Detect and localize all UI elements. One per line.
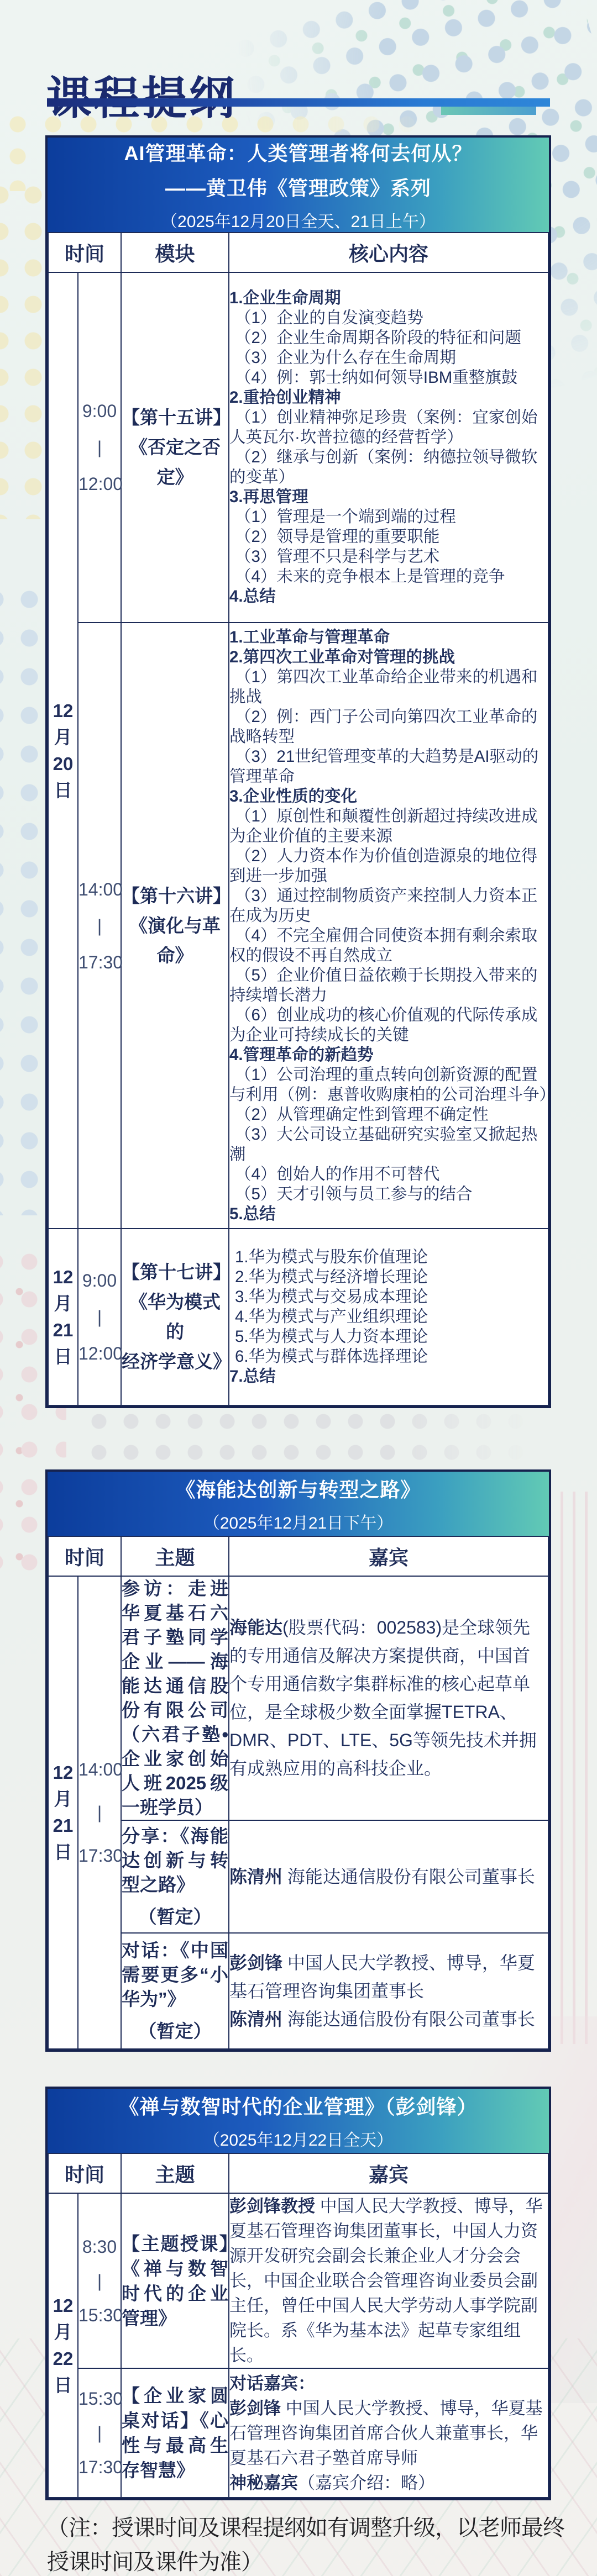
guest-cell: 陈清州 海能达通信股份有限公司董事长 (229, 1820, 548, 1933)
table1-grid-container: 时间模块核心内容12月20日9:00|12:00【第十五讲】《否定之否定》1.企… (48, 232, 549, 1406)
guest-role: 海能达通信股份有限公司董事长 (282, 1867, 535, 1887)
table-row: 12月22日8:30|15:30【主题授课】《禅与数智时代的企业管理》彭剑锋教授… (48, 2193, 548, 2368)
content-item: （4）例：郭士纳如何领导IBM重整旗鼓 (229, 368, 548, 388)
content-item: 3.企业性质的变化 (229, 787, 548, 807)
module-cell: 【第十五讲】《否定之否定》 (121, 272, 229, 623)
content-item: 7.总结 (229, 1367, 548, 1387)
schedule-table: 时间主题嘉宾12月21日14:00|17:30参访：走进华夏基石六君子塾同学企业… (48, 1536, 549, 2050)
content-item: （6）创业成功的核心价值观的代际传承成为企业可持续成长的关键 (229, 1005, 548, 1045)
header-label: 嘉宾 (229, 2159, 548, 2188)
content-item: 1.企业生命周期 (229, 288, 548, 308)
content-item: （4）不完全雇佣合同使资本拥有剩余索取权的假设不再自然成立 (229, 926, 548, 966)
guest-name: 陈清州 (229, 2009, 282, 2029)
guest-line: 彭剑锋 中国人民大学教授、博导，华夏基石管理咨询集团首席合伙人兼董事长，华夏基石… (229, 2396, 548, 2470)
content-item: （4）创始人的作用不可替代 (229, 1165, 548, 1184)
guest-line: 彭剑锋 中国人民大学教授、博导，华夏基石管理咨询集团董事长 (229, 1949, 548, 2005)
header-label: 嘉宾 (229, 1542, 548, 1571)
guest-name: 对话嘉宾： (229, 2374, 315, 2393)
guest-line: 彭剑锋教授 中国人民大学教授、博导，华夏基石管理咨询集团董事长，中国人力资源开发… (229, 2194, 548, 2368)
content-item: （1）企业的自发演变趋势 (229, 308, 548, 328)
content-item: 2.重拾创业精神 (229, 388, 548, 408)
time-cell: 14:00|17:30 (78, 1576, 121, 2049)
content-item: （2）继承与创新（案例：纳德拉领导微软的变革） (229, 447, 548, 487)
content-item: 5.总结 (229, 1204, 548, 1224)
table1-title-band: AI管理革命：人类管理者将何去何从？ ——黄卫伟《管理政策》系列 （2025年1… (48, 138, 549, 232)
topic-cell: 【企业家圆桌对话】《心性与最高生存智慧》 (121, 2368, 229, 2498)
column-header-topic: 主题 (121, 1536, 229, 1576)
content-item: （1）管理是一个端到端的过程 (229, 507, 548, 527)
header-label: 时间 (49, 2159, 121, 2188)
table-row: 12月21日9:00|12:00【第十七讲】《华为模式的经济学意义》1.华为模式… (48, 1229, 548, 1405)
table3-grid-container: 时间主题嘉宾12月22日8:30|15:30【主题授课】《禅与数智时代的企业管理… (48, 2153, 549, 2498)
content-item: （2）企业生命周期各阶段的特征和问题 (229, 328, 548, 348)
table-row: 分享：《海能达创新与转型之路》（暂定）陈清州 海能达通信股份有限公司董事长 (48, 1820, 548, 1933)
table-header-row: 时间模块核心内容 (48, 233, 548, 272)
guest-name: 海能达 (229, 1618, 282, 1637)
guest-cell: 对话嘉宾：彭剑锋 中国人民大学教授、博导，华夏基石管理咨询集团首席合伙人兼董事长… (229, 2368, 548, 2498)
time-cell: 15:30|17:30 (78, 2368, 121, 2498)
guest-cell-text: 陈清州 海能达通信股份有限公司董事长 (229, 1863, 548, 1891)
content-item: （2）例：西门子公司向第四次工业革命的战略转型 (229, 707, 548, 747)
topic-cell: 分享：《海能达创新与转型之路》（暂定） (121, 1820, 229, 1933)
column-header-time: 时间 (48, 233, 121, 272)
table1-title-line1: AI管理革命：人类管理者将何去何从？ (124, 138, 472, 166)
content-item: 2.第四次工业革命对管理的挑战 (229, 647, 548, 667)
content-cell-text: 1.工业革命与管理革命2.第四次工业革命对管理的挑战（1）第四次工业革命给企业带… (229, 628, 548, 1224)
table3-subtitle: （2025年12月22日全天） (203, 2126, 393, 2151)
guest-name: 彭剑锋 (229, 2399, 281, 2418)
content-item: （5）企业价值日益依赖于长期投入带来的持续增长潜力 (229, 966, 548, 1005)
schedule-card-zen-management: 《禅与数智时代的企业管理》（彭剑锋） （2025年12月22日全天） 时间主题嘉… (45, 2087, 551, 2500)
table2-subtitle: （2025年12月21日下午） (203, 1509, 393, 1534)
content-cell: 1.工业革命与管理革命2.第四次工业革命对管理的挑战（1）第四次工业革命给企业带… (229, 623, 548, 1229)
content-item: （1）公司治理的重点转向创新资源的配置与利用（例：惠普收购康柏的公司治理斗争） (229, 1065, 548, 1105)
content-item: （1）第四次工业革命给企业带来的机遇和挑战 (229, 667, 548, 707)
table3-title-band: 《禅与数智时代的企业管理》（彭剑锋） （2025年12月22日全天） (48, 2089, 549, 2153)
time-cell: 8:30|15:30 (78, 2193, 121, 2368)
content-item: （3）企业为什么存在生命周期 (229, 348, 548, 368)
column-header-time: 时间 (48, 1536, 121, 1576)
content-item: （2）从管理确定性到管理不确定性 (229, 1105, 548, 1125)
table-row: 12月21日14:00|17:30参访：走进华夏基石六君子塾同学企业——海能达通… (48, 1576, 548, 1820)
guest-role: (股票代码：002583)是全球领先的专用通信及解决方案提供商，中国首个专用通信… (229, 1618, 537, 1778)
date-cell: 12月20日 (48, 272, 78, 1229)
guest-line: 对话嘉宾： (229, 2371, 548, 2396)
topic-cell-text: 对话：《中国需要更多“小华为”》（暂定） (122, 1938, 228, 2043)
footer-note: （注：授课时间及课程提纲如有调整升级，以老师最终授课时间及课件为准） (47, 2511, 567, 2576)
topic-main: 参访：走进华夏基石六君子塾同学企业——海能达通信股份有限公司（六君子塾•企业家创… (122, 1577, 228, 1820)
table-row: 对话：《中国需要更多“小华为”》（暂定）彭剑锋 中国人民大学教授、博导，华夏基石… (48, 1933, 548, 2049)
column-header-module: 模块 (121, 233, 229, 272)
guest-cell-text: 对话嘉宾：彭剑锋 中国人民大学教授、博导，华夏基石管理咨询集团首席合伙人兼董事长… (229, 2371, 548, 2495)
table3-title-line1: 《禅与数智时代的企业管理》（彭剑锋） (119, 2092, 477, 2120)
guest-line: 神秘嘉宾（嘉宾介绍：略） (229, 2470, 548, 2495)
table2-title-band: 《海能达创新与转型之路》 （2025年12月21日下午） (48, 1472, 549, 1536)
topic-main: 【主题授课】《禅与数智时代的企业管理》 (122, 2231, 228, 2331)
time-cell: 9:00|12:00 (78, 1229, 121, 1405)
content-item: 3.再思管理 (229, 487, 548, 507)
halftone-dots-middle (83, 1406, 536, 1467)
guest-cell-text: 彭剑锋教授 中国人民大学教授、博导，华夏基石管理咨询集团董事长，中国人力资源开发… (229, 2194, 548, 2368)
title-underline-accent-bar (441, 107, 536, 115)
content-item: 1.工业革命与管理革命 (229, 628, 548, 647)
guest-role: 中国人民大学教授、博导，华夏基石管理咨询集团董事长，中国人力资源开发研究会副会长… (229, 2196, 543, 2365)
content-item: （4）未来的竞争根本上是管理的竞争 (229, 567, 548, 587)
course-outline-page: 课程提纲 AI管理革命：人类管理者将何去何从？ ——黄卫伟《管理政策》系列 （2… (0, 0, 597, 2576)
schedule-card-hytera: 《海能达创新与转型之路》 （2025年12月21日下午） 时间主题嘉宾12月21… (45, 1469, 551, 2052)
content-item: （1）创业精神弥足珍贵（案例：宜家创始人英瓦尔·坎普拉德的经营哲学） (229, 408, 548, 447)
schedule-table: 时间模块核心内容12月20日9:00|12:00【第十五讲】《否定之否定》1.企… (48, 232, 549, 1406)
table1-subtitle: （2025年12月20日全天、21日上午） (161, 208, 436, 232)
content-item: （1）原创性和颠覆性创新超过持续改进成为企业价值的主要来源 (229, 807, 548, 846)
time-cell: 14:00|17:30 (78, 623, 121, 1229)
header-label: 主题 (122, 2159, 228, 2188)
topic-main: 对话：《中国需要更多“小华为”》 (122, 1938, 228, 2011)
table2-grid-container: 时间主题嘉宾12月21日14:00|17:30参访：走进华夏基石六君子塾同学企业… (48, 1536, 549, 2050)
content-item: （2）领导是管理的重要职能 (229, 527, 548, 547)
topic-cell: 参访：走进华夏基石六君子塾同学企业——海能达通信股份有限公司（六君子塾•企业家创… (121, 1576, 229, 1820)
content-item: （2）人力资本作为价值创造源泉的地位得到进一步加强 (229, 846, 548, 886)
topic-main: 分享：《海能达创新与转型之路》 (122, 1824, 228, 1897)
guest-name: 神秘嘉宾 (229, 2473, 298, 2493)
table-row: 15:30|17:30【企业家圆桌对话】《心性与最高生存智慧》对话嘉宾：彭剑锋 … (48, 2368, 548, 2498)
content-item: 4.总结 (229, 587, 548, 607)
guest-cell-text: 海能达(股票代码：002583)是全球领先的专用通信及解决方案提供商，中国首个专… (229, 1614, 548, 1783)
schedule-table: 时间主题嘉宾12月22日8:30|15:30【主题授课】《禅与数智时代的企业管理… (48, 2153, 549, 2498)
table-header-row: 时间主题嘉宾 (48, 2153, 548, 2193)
guest-cell: 彭剑锋教授 中国人民大学教授、博导，华夏基石管理咨询集团董事长，中国人力资源开发… (229, 2193, 548, 2368)
guest-line: 陈清州 海能达通信股份有限公司董事长 (229, 2005, 548, 2034)
content-cell: 1.企业生命周期（1）企业的自发演变趋势（2）企业生命周期各阶段的特征和问题（3… (229, 272, 548, 623)
content-item: （3）大公司设立基础研究实验室又掀起热潮 (229, 1125, 548, 1165)
content-item: （5）天才引领与员工参与的结合 (229, 1184, 548, 1204)
guest-name: 陈清州 (229, 1867, 282, 1887)
topic-cell-text: 分享：《海能达创新与转型之路》（暂定） (122, 1824, 228, 1929)
content-item: 2.华为模式与经济增长理论 (229, 1267, 548, 1287)
table-header-row: 时间主题嘉宾 (48, 1536, 548, 1576)
column-header-content: 核心内容 (229, 233, 548, 272)
topic-note: （暂定） (122, 1905, 228, 1929)
topic-cell-text: 【主题授课】《禅与数智时代的企业管理》 (122, 2231, 228, 2331)
date-cell: 12月22日 (48, 2193, 78, 2498)
guest-line: 陈清州 海能达通信股份有限公司董事长 (229, 1863, 548, 1891)
topic-cell: 对话：《中国需要更多“小华为”》（暂定） (121, 1933, 229, 2049)
header-label: 时间 (49, 1542, 121, 1571)
column-header-topic: 主题 (121, 2153, 229, 2193)
column-header-time: 时间 (48, 2153, 121, 2193)
content-item: 4.管理革命的新趋势 (229, 1045, 548, 1065)
guest-cell: 彭剑锋 中国人民大学教授、博导，华夏基石管理咨询集团董事长陈清州 海能达通信股份… (229, 1933, 548, 2049)
column-header-guest: 嘉宾 (229, 1536, 548, 1576)
header-label: 主题 (122, 1542, 228, 1571)
content-item: （3）管理不只是科学与艺术 (229, 547, 548, 567)
topic-note: （暂定） (122, 2019, 228, 2043)
content-cell-text: 1.企业生命周期（1）企业的自发演变趋势（2）企业生命周期各阶段的特征和问题（3… (229, 288, 548, 607)
table1-title-line2: ——黄卫伟《管理政策》系列 (165, 173, 431, 201)
column-header-guest: 嘉宾 (229, 2153, 548, 2193)
table-row: 12月20日9:00|12:00【第十五讲】《否定之否定》1.企业生命周期（1）… (48, 272, 548, 623)
topic-main: 【企业家圆桌对话】《心性与最高生存智慧》 (122, 2383, 228, 2483)
guest-cell: 海能达(股票代码：002583)是全球领先的专用通信及解决方案提供商，中国首个专… (229, 1576, 548, 1820)
date-cell: 12月21日 (48, 1229, 78, 1405)
content-item: （3）21世纪管理变革的大趋势是AI驱动的管理革命 (229, 747, 548, 787)
guest-line: 海能达(股票代码：002583)是全球领先的专用通信及解决方案提供商，中国首个专… (229, 1614, 548, 1783)
table2-title-line1: 《海能达创新与转型之路》 (175, 1474, 421, 1503)
content-item: 4.华为模式与产业组织理论 (229, 1307, 548, 1327)
module-cell: 【第十六讲】《演化与革命》 (121, 623, 229, 1229)
content-item: 5.华为模式与人力资本理论 (229, 1327, 548, 1347)
guest-cell-text: 彭剑锋 中国人民大学教授、博导，华夏基石管理咨询集团董事长陈清州 海能达通信股份… (229, 1949, 548, 2034)
date-cell: 12月21日 (48, 1576, 78, 2049)
header-label: 模块 (122, 239, 228, 267)
time-cell: 9:00|12:00 (78, 272, 121, 623)
guest-role: 海能达通信股份有限公司董事长 (282, 2009, 535, 2029)
content-cell-text: 1.华为模式与股东价值理论2.华为模式与经济增长理论3.华为模式与交易成本理论4… (229, 1247, 548, 1387)
content-cell: 1.华为模式与股东价值理论2.华为模式与经济增长理论3.华为模式与交易成本理论4… (229, 1229, 548, 1405)
topic-cell-text: 【企业家圆桌对话】《心性与最高生存智慧》 (122, 2383, 228, 2483)
module-cell: 【第十七讲】《华为模式的经济学意义》 (121, 1229, 229, 1405)
header-label: 核心内容 (229, 239, 548, 267)
guest-name: 彭剑锋 (229, 1953, 282, 1973)
guest-name: 彭剑锋教授 (229, 2196, 315, 2216)
page-title: 课程提纲 (46, 62, 237, 127)
topic-cell-text: 参访：走进华夏基石六君子塾同学企业——海能达通信股份有限公司（六君子塾•企业家创… (122, 1577, 228, 1820)
content-item: 1.华为模式与股东价值理论 (229, 1247, 548, 1267)
topic-cell: 【主题授课】《禅与数智时代的企业管理》 (121, 2193, 229, 2368)
table-row: 14:00|17:30【第十六讲】《演化与革命》1.工业革命与管理革命2.第四次… (48, 623, 548, 1229)
title-underline-bar (47, 98, 550, 107)
content-item: 3.华为模式与交易成本理论 (229, 1287, 548, 1307)
schedule-card-ai-management: AI管理革命：人类管理者将何去何从？ ——黄卫伟《管理政策》系列 （2025年1… (45, 135, 551, 1408)
guest-role: （嘉宾介绍：略） (298, 2473, 435, 2493)
content-item: 6.华为模式与群体选择理论 (229, 1347, 548, 1367)
content-item: （3）通过控制物质资产来控制人力资本正在成为历史 (229, 886, 548, 926)
header-label: 时间 (49, 239, 121, 267)
